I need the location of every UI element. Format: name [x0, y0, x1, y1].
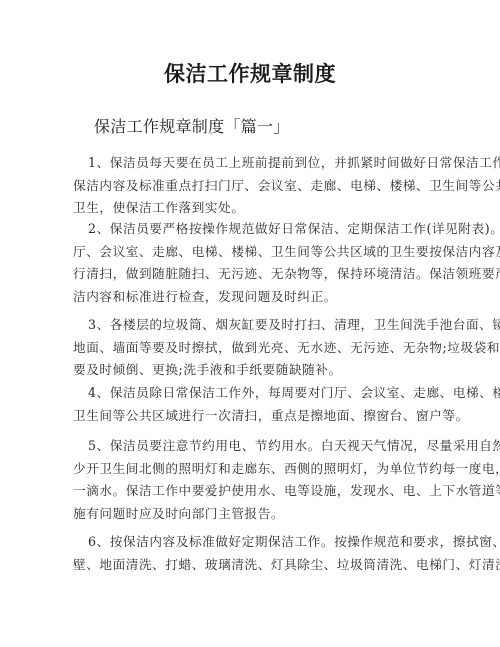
- paragraph-line: 6、按保洁内容及标准做好定期保洁工作。按操作规范和要求，擦拭窗、墙: [73, 531, 433, 554]
- paragraph-line: 一滴水。保洁工作中要爱护使用水、电等设施，发现水、电、上下水管道等硬件设: [73, 480, 433, 503]
- paragraph-6: 6、按保洁内容及标准做好定期保洁工作。按操作规范和要求，擦拭窗、墙 壁、地面清洗…: [73, 531, 433, 576]
- document-page: 保洁工作规章制度 保洁工作规章制度「篇一」 1、保洁员每天要在员工上班前提前到位…: [0, 0, 500, 647]
- paragraph-line: 1、保洁员每天要在员工上班前提前到位，并抓紧时间做好日常保洁工作。按: [73, 152, 433, 175]
- paragraph-line: 洁内容和标准进行检查，发现问题及时纠正。: [73, 286, 433, 309]
- paragraph-line: 壁、地面清洗、打蜡、玻璃清洗、灯具除尘、垃圾筒清洗、电梯门、灯清洗、金属: [73, 554, 433, 577]
- paragraph-line: 卫生，使保洁工作落到实处。: [73, 197, 433, 220]
- paragraph-4: 4、保洁员除日常保洁工作外，每周要对门厅、会议室、走廊、电梯、楼梯、 卫生间等公…: [73, 382, 433, 427]
- paragraph-line: 3、各楼层的垃圾筒、烟灰缸要及时打扫、清理，卫生间洗手池台面、镜子、: [73, 314, 433, 337]
- paragraph-5: 5、保洁员要注意节约用电、节约用水。白天视天气情况，尽量采用自然光， 少开卫生间…: [73, 435, 433, 525]
- paragraph-line: 要及时倾倒、更换;洗手液和手纸要随缺随补。: [73, 359, 433, 382]
- paragraph-line: 少开卫生间北侧的照明灯和走廊东、西侧的照明灯，为单位节约每一度电，节约每: [73, 458, 433, 481]
- paragraph-2: 2、保洁员要严格按操作规范做好日常保洁、定期保洁工作(详见附表)。对门 厅、会议…: [73, 218, 433, 308]
- paragraph-line: 施有问题时应及时向部门主管报告。: [73, 503, 433, 526]
- paragraph-line: 厅、会议室、走廊、电梯、楼梯、卫生间等公共区域的卫生要按保洁内容及标准进: [73, 241, 433, 264]
- paragraph-1: 1、保洁员每天要在员工上班前提前到位，并抓紧时间做好日常保洁工作。按 保洁内容及…: [73, 152, 433, 220]
- paragraph-line: 保洁内容及标准重点打扫门厅、会议室、走廊、电梯、楼梯、卫生间等公共区域的: [73, 175, 433, 198]
- paragraph-line: 地面、墙面等要及时擦拭，做到光亮、无水迹、无污迹、无杂物;垃圾袋和手纸篓: [73, 337, 433, 360]
- paragraph-line: 2、保洁员要严格按操作规范做好日常保洁、定期保洁工作(详见附表)。对门: [73, 218, 433, 241]
- paragraph-line: 5、保洁员要注意节约用电、节约用水。白天视天气情况，尽量采用自然光，: [73, 435, 433, 458]
- paragraph-line: 卫生间等公共区域进行一次清扫，重点是擦地面、擦窗台、窗户等。: [73, 405, 433, 428]
- section-heading: 保洁工作规章制度「篇一」: [94, 114, 290, 137]
- paragraph-3: 3、各楼层的垃圾筒、烟灰缸要及时打扫、清理，卫生间洗手池台面、镜子、 地面、墙面…: [73, 314, 433, 382]
- paragraph-line: 4、保洁员除日常保洁工作外，每周要对门厅、会议室、走廊、电梯、楼梯、: [73, 382, 433, 405]
- paragraph-line: 行清扫，做到随脏随扫、无污迹、无杂物等，保持环境清洁。保洁领班要严格按保: [73, 263, 433, 286]
- document-title: 保洁工作规章制度: [0, 58, 500, 88]
